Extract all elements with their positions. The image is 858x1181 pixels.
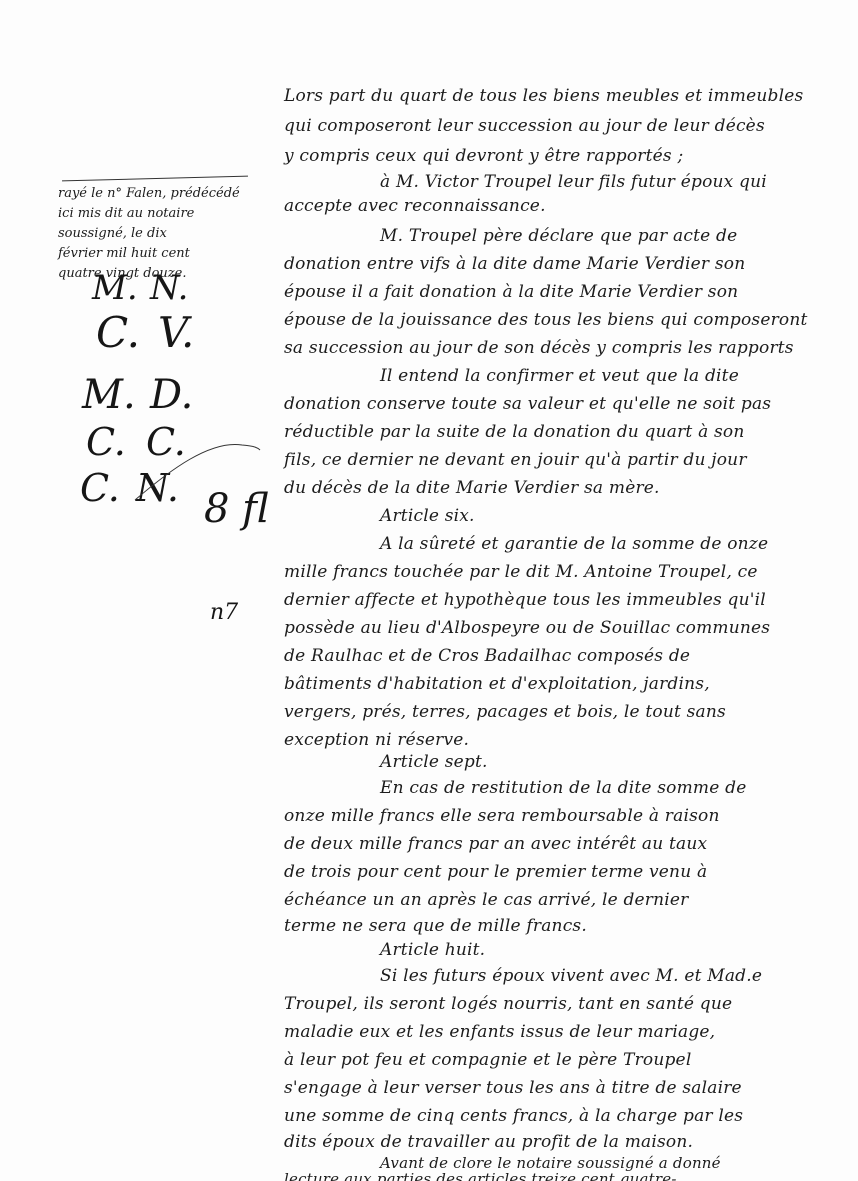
body-line: vergers, prés, terres, pacages et bois, … bbox=[284, 702, 844, 722]
article-heading: Article huit. bbox=[380, 940, 485, 960]
body-line: dits époux de travailler au profit de la… bbox=[284, 1132, 844, 1152]
margin-initial: V. bbox=[158, 308, 194, 357]
body-line: exception ni réserve. bbox=[284, 730, 844, 750]
body-line: de deux mille francs par an avec intérêt… bbox=[284, 834, 844, 854]
body-line: sa succession au jour de son décès y com… bbox=[284, 338, 844, 358]
body-line: Si les futurs époux vivent avec M. et Ma… bbox=[380, 966, 762, 986]
body-line: maladie eux et les enfants issus de leur… bbox=[284, 1022, 844, 1042]
margin-initial: N. bbox=[150, 268, 188, 308]
article-heading: Article sept. bbox=[380, 752, 488, 772]
body-line: s'engage à leur verser tous les ans à ti… bbox=[284, 1078, 844, 1098]
margin-note-line: février mil huit cent bbox=[58, 246, 190, 261]
body-line: Troupel, ils seront logés nourris, tant … bbox=[284, 994, 844, 1014]
margin-initial: M. bbox=[92, 268, 138, 308]
body-line: bâtiments d'habitation et d'exploitation… bbox=[284, 674, 844, 694]
body-line: épouse il a fait donation à la dite Mari… bbox=[284, 282, 844, 302]
body-line: accepte avec reconnaissance. bbox=[284, 196, 546, 216]
margin-mark: n7 bbox=[210, 600, 238, 625]
body-line: M. Troupel père déclare que par acte de bbox=[380, 226, 737, 246]
body-line: Il entend la confirmer et veut que la di… bbox=[380, 366, 739, 386]
body-line: dernier affecte et hypothèque tous les i… bbox=[284, 590, 844, 610]
body-line: En cas de restitution de la dite somme d… bbox=[380, 778, 746, 798]
body-line: à leur pot feu et compagnie et le père T… bbox=[284, 1050, 844, 1070]
document-page: rayé le n° Falen, prédécédé ici mis dit … bbox=[0, 0, 858, 1181]
body-line: de Raulhac et de Cros Badailhac composés… bbox=[284, 646, 844, 666]
article-heading: Article six. bbox=[380, 506, 475, 526]
body-line: à M. Victor Troupel leur fils futur épou… bbox=[380, 172, 767, 192]
body-line: y compris ceux qui devront y être rappor… bbox=[284, 146, 844, 166]
body-line: épouse de la jouissance des tous les bie… bbox=[284, 310, 844, 330]
margin-paraph: 8 fl bbox=[204, 486, 269, 532]
body-line: une somme de cinq cents francs, à la cha… bbox=[284, 1106, 844, 1126]
body-line: donation conserve toute sa valeur et qu'… bbox=[284, 394, 844, 414]
body-line: Lors part du quart de tous les biens meu… bbox=[284, 86, 844, 106]
body-line: fils, ce dernier ne devant en jouir qu'à… bbox=[284, 450, 844, 470]
body-line: du décès de la dite Marie Verdier sa mèr… bbox=[284, 478, 844, 498]
margin-initial: D. bbox=[150, 372, 193, 418]
margin-note-rule bbox=[62, 176, 248, 182]
margin-initial: M. bbox=[82, 372, 136, 418]
body-line: donation entre vifs à la dite dame Marie… bbox=[284, 254, 844, 274]
body-line: de trois pour cent pour le premier terme… bbox=[284, 862, 844, 882]
body-line: mille francs touchée par le dit M. Antoi… bbox=[284, 562, 844, 582]
body-line: A la sûreté et garantie de la somme de o… bbox=[380, 534, 768, 554]
body-line: lecture aux parties des articles treize … bbox=[284, 1170, 844, 1181]
body-line: terme ne sera que de mille francs. bbox=[284, 916, 844, 936]
body-line: qui composeront leur succession au jour … bbox=[284, 116, 844, 136]
margin-note-line: soussigné, le dix bbox=[58, 226, 167, 241]
margin-initial: C. bbox=[96, 308, 140, 357]
margin-note-line: ici mis dit au notaire bbox=[58, 206, 194, 221]
body-line: possède au lieu d'Albospeyre ou de Souil… bbox=[284, 618, 844, 638]
margin-initial: C. bbox=[80, 466, 120, 510]
body-line: onze mille francs elle sera remboursable… bbox=[284, 806, 844, 826]
body-line: réductible par la suite de la donation d… bbox=[284, 422, 844, 442]
margin-initial: C. bbox=[86, 420, 126, 464]
body-line: échéance un an après le cas arrivé, le d… bbox=[284, 890, 844, 910]
margin-note-line: rayé le n° Falen, prédécédé bbox=[58, 186, 240, 201]
